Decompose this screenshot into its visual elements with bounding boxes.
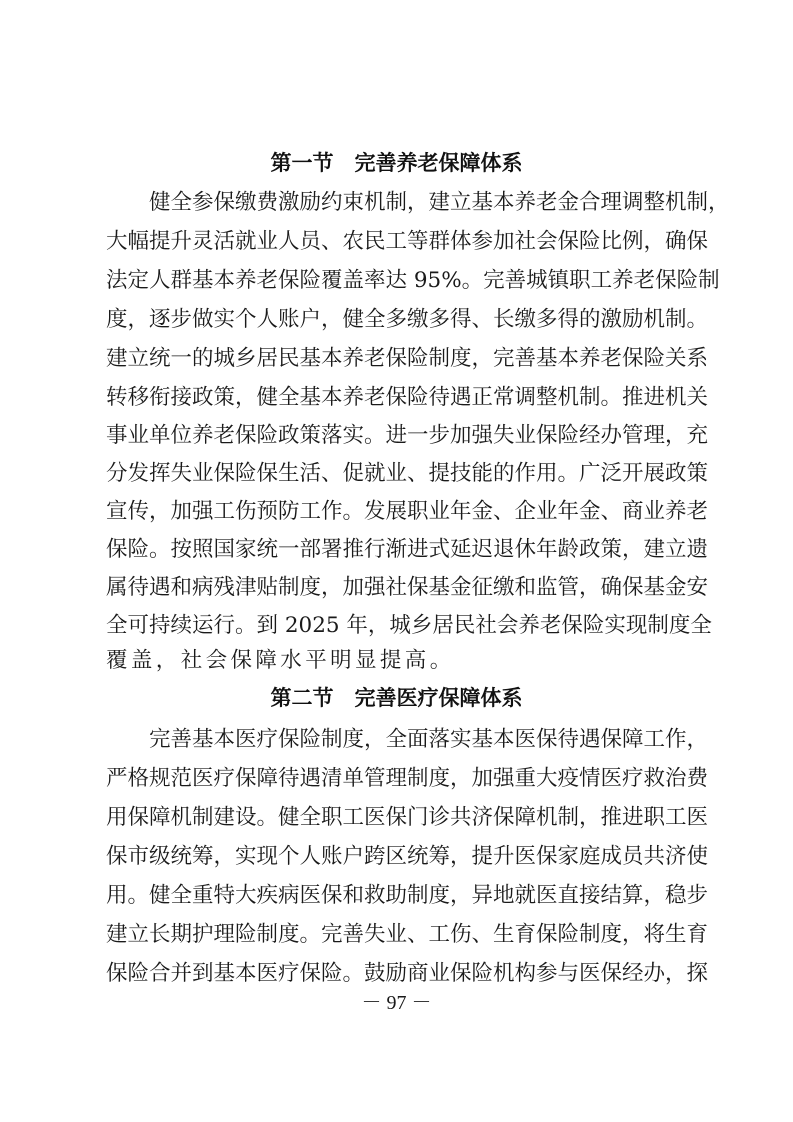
section-1-heading: 第一节 完善养老保障体系 (0, 148, 793, 178)
section-2-paragraph-line: 保险合并到基本医疗保险。鼓励商业保险机构参与医保经办，探 (106, 959, 690, 989)
section-2-paragraph-line: 建立长期护理险制度。完善失业、工伤、生育保险制度，将生育 (106, 920, 690, 950)
section-1-paragraph-line: 事业单位养老保险政策落实。进一步加强失业保险经办管理，充 (106, 421, 690, 451)
section-2-paragraph-line: 用。健全重特大疾病医保和救助制度，异地就医直接结算，稳步 (106, 881, 690, 911)
section-1-paragraph-line: 保险。按照国家统一部署推行渐进式延迟退休年龄政策，建立遗 (106, 535, 690, 565)
section-2-paragraph-line: 用保障机制建设。健全职工医保门诊共济保障机制，推进职工医 (106, 803, 690, 833)
section-1-paragraph-line: 覆盖，社会保障水平明显提高。 (106, 646, 690, 676)
section-1-paragraph-line: 度，逐步做实个人账户，健全多缴多得、长缴多得的激励机制。 (106, 305, 690, 335)
section-2-paragraph-line: 完善基本医疗保险制度，全面落实基本医保待遇保障工作， (149, 725, 690, 755)
section-1-paragraph-line: 属待遇和病残津贴制度，加强社保基金征缴和监管，确保基金安 (106, 573, 690, 603)
section-2-paragraph-line: 保市级统筹，实现个人账户跨区统筹，提升医保家庭成员共济使 (106, 842, 690, 872)
section-2-paragraph-line: 严格规范医疗保障待遇清单管理制度，加强重大疫情医疗救治费 (106, 764, 690, 794)
document-page: 第一节 完善养老保障体系 健全参保缴费激励约束机制，建立基本养老金合理调整机制，… (0, 0, 793, 1122)
section-1-paragraph-line: 法定人群基本养老保险覆盖率达 95%。完善城镇职工养老保险制 (106, 266, 690, 296)
section-1-paragraph-line: 健全参保缴费激励约束机制，建立基本养老金合理调整机制， (149, 188, 690, 218)
section-1-paragraph-line: 分发挥失业保险保生活、促就业、提技能的作用。广泛开展政策 (106, 459, 690, 489)
page-number: － 97 － (0, 990, 793, 1016)
section-1-paragraph-line: 大幅提升灵活就业人员、农民工等群体参加社会保险比例，确保 (106, 227, 690, 257)
section-1-paragraph-line: 宣传，加强工伤预防工作。发展职业年金、企业年金、商业养老 (106, 497, 690, 527)
section-1-paragraph-line: 转移衔接政策，健全基本养老保险待遇正常调整机制。推进机关 (106, 383, 690, 413)
section-1-paragraph-line: 建立统一的城乡居民基本养老保险制度，完善基本养老保险关系 (106, 344, 690, 374)
section-1-paragraph-line: 全可持续运行。到 2025 年，城乡居民社会养老保险实现制度全 (106, 611, 690, 641)
section-2-heading: 第二节 完善医疗保障体系 (0, 683, 793, 713)
